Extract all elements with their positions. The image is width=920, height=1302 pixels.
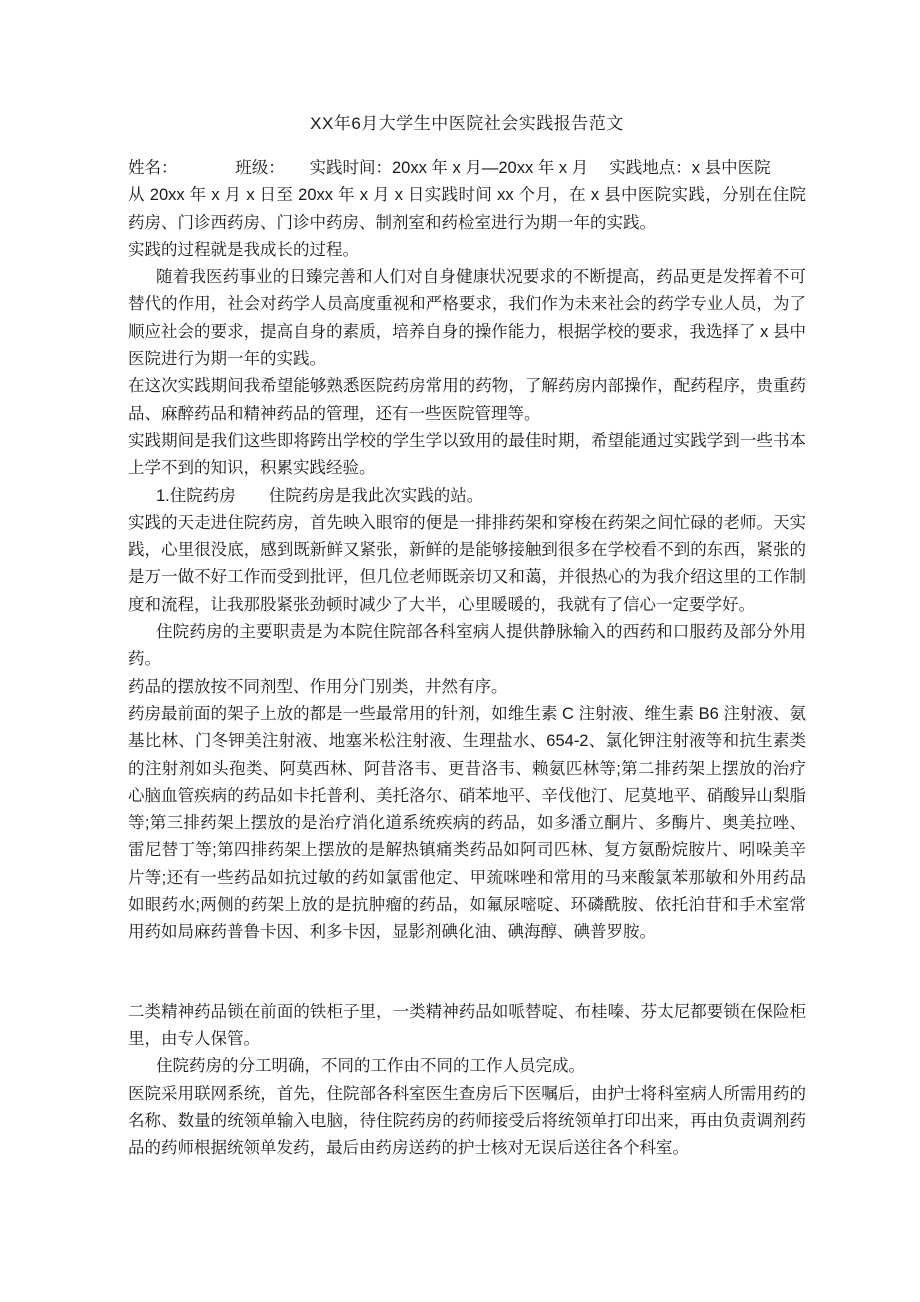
paragraph: 在这次实践期间我希望能够熟悉医院药房常用的药物，了解药房内部操作，配药程序，贵重… xyxy=(128,373,806,428)
paragraph: 1.住院药房 住院药房是我此次实践的站。 xyxy=(128,483,806,510)
paragraph: 实践的过程就是我成长的过程。 xyxy=(128,237,806,264)
document-page: XX年6月大学生中医院社会实践报告范文 姓名： 班级： 实践时间：20xx 年 … xyxy=(0,0,920,1302)
paragraph: 二类精神药品锁在前面的铁柜子里，一类精神药品如哌替啶、布桂嗪、芬太尼都要锁在保险… xyxy=(128,999,806,1054)
paragraph: 实践期间是我们这些即将跨出学校的学生学以致用的最佳时期，希望能通过实践学到一些书… xyxy=(128,428,806,483)
paragraph: 随着我医药事业的日臻完善和人们对自身健康状况要求的不断提高，药品更是发挥着不可替… xyxy=(128,264,806,373)
paragraph: 实践的天走进住院药房，首先映入眼帘的便是一排排药架和穿梭在药架之间忙碌的老师。天… xyxy=(128,510,806,619)
document-content: XX年6月大学生中医院社会实践报告范文 姓名： 班级： 实践时间：20xx 年 … xyxy=(128,110,806,1162)
paragraph: 住院药房的分工明确，不同的工作由不同的工作人员完成。 xyxy=(128,1053,806,1080)
paragraph: 姓名： 班级： 实践时间：20xx 年 x 月—20xx 年 x 月 实践地点：… xyxy=(128,155,806,182)
paragraph: 药房最前面的架子上放的都是一些最常用的针剂，如维生素 C 注射液、维生素 B6 … xyxy=(128,701,806,947)
document-body: 姓名： 班级： 实践时间：20xx 年 x 月—20xx 年 x 月 实践地点：… xyxy=(128,155,806,1162)
paragraph: 医院采用联网系统，首先，住院部各科室医生查房后下医嘱后，由护士将科室病人所需用药… xyxy=(128,1081,806,1163)
paragraph: 从 20xx 年 x 月 x 日至 20xx 年 x 月 x 日实践时间 xx … xyxy=(128,182,806,237)
paragraph: 住院药房的主要职责是为本院住院部各科室病人提供静脉输入的西药和口服药及部分外用药… xyxy=(128,619,806,674)
document-title: XX年6月大学生中医院社会实践报告范文 xyxy=(128,110,806,137)
paragraph: 药品的摆放按不同剂型、作用分门别类，井然有序。 xyxy=(128,674,806,701)
